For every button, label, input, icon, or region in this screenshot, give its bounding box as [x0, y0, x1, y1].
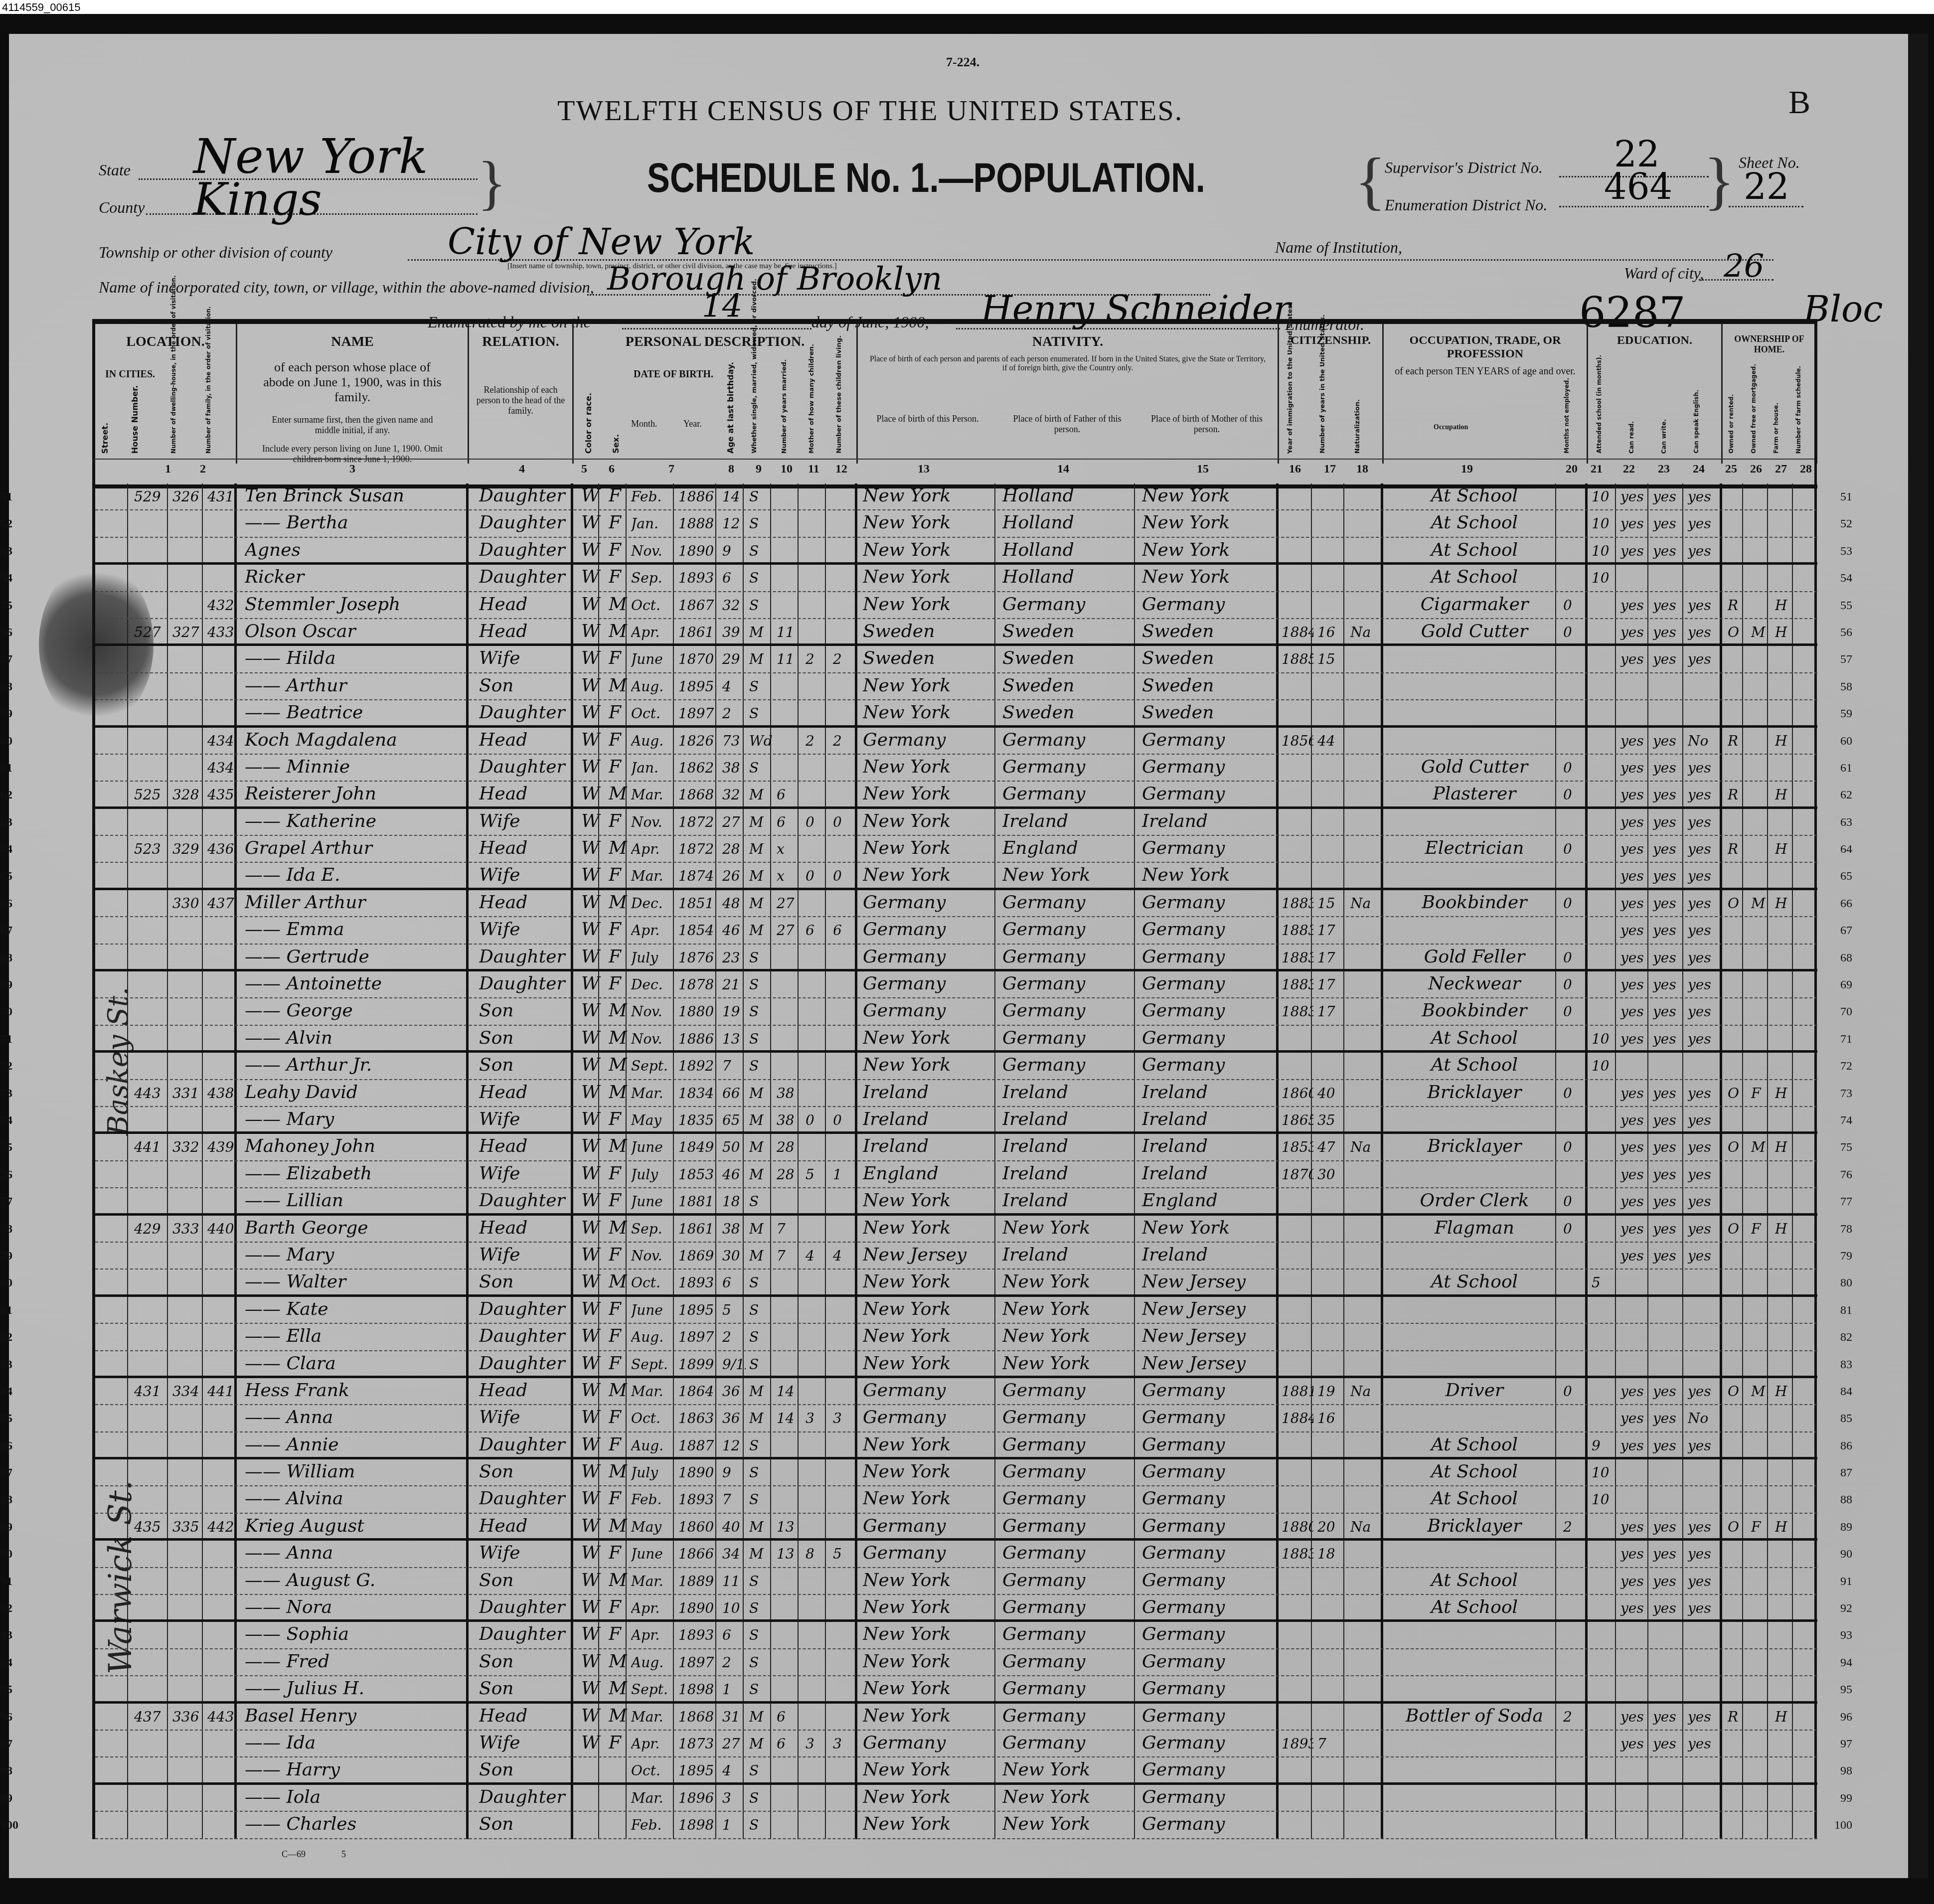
birthplace-mother: New York — [1142, 485, 1278, 506]
attended-school: 10 — [1592, 1464, 1617, 1481]
can-read: yes — [1620, 760, 1649, 776]
line-number-right: 79 — [1840, 1250, 1852, 1263]
months-unemployed: 0 — [1563, 1193, 1587, 1210]
speaks-english: yes — [1688, 787, 1722, 803]
birth-year: 1896 — [678, 1790, 718, 1806]
birthplace-father: Germany — [1002, 1000, 1136, 1021]
birthplace-person: New York — [863, 1271, 996, 1292]
birthplace-mother: Germany — [1142, 1380, 1278, 1401]
sex: M — [609, 1461, 629, 1482]
line-number-left: 98 — [0, 1764, 12, 1778]
can-read: yes — [1620, 841, 1649, 857]
attended-school: 10 — [1592, 488, 1617, 505]
farm-house: H — [1775, 1709, 1794, 1725]
color: W — [581, 947, 601, 967]
sex: M — [609, 621, 629, 641]
age: 12 — [722, 515, 746, 532]
age: 46 — [722, 922, 746, 939]
color: W — [581, 1624, 601, 1644]
birth-year: 1826 — [678, 733, 718, 749]
person-name: —— Ida — [245, 1733, 467, 1753]
sex: M — [609, 892, 629, 913]
birthplace-mother: Germany — [1142, 1733, 1278, 1753]
birthplace-father: Germany — [1002, 973, 1136, 994]
birthplace-father: New York — [1002, 1271, 1136, 1292]
birth-year: 1872 — [678, 814, 718, 830]
color: W — [581, 784, 601, 804]
person-name: —— Mary — [245, 1109, 467, 1129]
free-mortgaged: F — [1751, 1519, 1769, 1535]
birth-month: June — [631, 1193, 676, 1210]
years-in-us: 17 — [1317, 976, 1346, 993]
birth-month: Jan. — [631, 760, 676, 776]
birth-month: Apr. — [631, 1600, 676, 1616]
marital-status: M — [749, 922, 773, 939]
person-name: Hess Frank — [245, 1380, 467, 1401]
person-name: —— August G. — [245, 1570, 467, 1590]
years-married: 6 — [777, 814, 800, 830]
birth-month: June — [631, 1302, 676, 1318]
birthplace-mother: Germany — [1142, 1706, 1278, 1726]
table-row: 64 523 329 436 Grapel Arthur Head W M Ap… — [95, 836, 1817, 863]
occupation: Gold Cutter — [1391, 757, 1558, 777]
table-row: 81 —— Kate Daughter W F June 1895 5 S Ne… — [95, 1297, 1817, 1324]
brace-left: { — [1355, 144, 1386, 218]
age: 36 — [722, 1383, 746, 1400]
birth-month: June — [631, 651, 676, 667]
age: 29 — [722, 651, 746, 667]
sex: F — [609, 1326, 629, 1346]
age: 23 — [722, 950, 746, 966]
years-married: 14 — [777, 1410, 800, 1427]
line-number-left: 72 — [0, 1060, 12, 1073]
speaks-english: yes — [1688, 1031, 1722, 1047]
attended-school: 9 — [1592, 1437, 1617, 1454]
age: 9 — [722, 543, 746, 559]
table-row: 73 443 331 438 Leahy David Head W M Mar.… — [95, 1080, 1817, 1107]
house-number: 435 — [134, 1519, 169, 1535]
family-number: 438 — [207, 1085, 237, 1102]
person-name: —— Bertha — [245, 512, 467, 533]
relation: Head — [479, 1516, 571, 1536]
line-number-left: 55 — [0, 599, 12, 613]
birth-month: Dec. — [631, 976, 676, 993]
line-number-right: 81 — [1840, 1304, 1852, 1317]
years-in-us: 44 — [1317, 733, 1346, 749]
can-write: yes — [1653, 651, 1685, 667]
sex: M — [609, 1028, 629, 1048]
occupation: At School — [1391, 567, 1558, 587]
marital-status: Wd — [749, 733, 773, 749]
birth-month: Mar. — [631, 787, 676, 803]
dwelling-number: 332 — [172, 1139, 204, 1155]
birthplace-person: New York — [863, 1706, 996, 1726]
person-name: —— Gertrude — [245, 947, 467, 967]
table-row: 74 —— Mary Wife W F May 1835 65 M 38 0 0… — [95, 1107, 1817, 1134]
birthplace-mother: New Jersey — [1142, 1271, 1278, 1292]
can-read: yes — [1620, 1139, 1649, 1155]
line-number-left: 91 — [0, 1575, 12, 1588]
family-number: 434 — [207, 733, 237, 749]
birth-year: 1874 — [678, 868, 718, 884]
footer-code: C—69 — [282, 1849, 306, 1860]
sex: F — [609, 1190, 629, 1211]
birthplace-person: England — [863, 1163, 996, 1184]
can-write: yes — [1653, 922, 1685, 939]
can-read: yes — [1620, 597, 1649, 614]
relation: Daughter — [479, 1488, 571, 1509]
children-living: 1 — [833, 1166, 855, 1183]
person-name: Barth George — [245, 1218, 467, 1238]
age: 9/12 — [722, 1356, 746, 1373]
age: 38 — [722, 1221, 746, 1237]
marital-status: M — [749, 1709, 773, 1725]
line-number-right: 98 — [1840, 1764, 1852, 1778]
birth-year: 1862 — [678, 760, 718, 776]
person-name: —— Hilda — [245, 648, 467, 668]
color: W — [581, 1407, 601, 1428]
age: 32 — [722, 787, 746, 803]
farm-house: H — [1775, 1221, 1794, 1237]
naturalization: Na — [1350, 1383, 1383, 1400]
farm-house: H — [1775, 1519, 1794, 1535]
speaks-english: yes — [1688, 624, 1722, 640]
can-write: yes — [1653, 950, 1685, 966]
person-name: —— Anna — [245, 1543, 467, 1563]
age: 31 — [722, 1709, 746, 1725]
table-row: 82 —— Ella Daughter W F Aug. 1897 2 S Ne… — [95, 1324, 1817, 1351]
line-number-right: 97 — [1840, 1738, 1852, 1751]
children-living: 2 — [833, 651, 855, 667]
owned-rented: O — [1728, 1085, 1745, 1102]
color: W — [581, 540, 601, 560]
birthplace-mother: Ireland — [1142, 1109, 1278, 1129]
children-living: 6 — [833, 922, 855, 939]
occupation: Cigarmaker — [1391, 594, 1558, 615]
person-name: Koch Magdalena — [245, 730, 467, 750]
line-number-right: 65 — [1840, 870, 1852, 883]
birthplace-person: Germany — [863, 1516, 996, 1536]
color: W — [581, 1245, 601, 1265]
person-name: —— Minnie — [245, 757, 467, 777]
line-number-right: 54 — [1840, 572, 1852, 585]
owned-rented: R — [1728, 1709, 1745, 1725]
birthplace-person: New York — [863, 1353, 996, 1374]
person-name: —— Katherine — [245, 811, 467, 831]
age: 26 — [722, 868, 746, 884]
dwelling-number: 333 — [172, 1221, 204, 1237]
dwelling-number: 336 — [172, 1709, 204, 1725]
line-number-right: 60 — [1840, 735, 1852, 748]
speaks-english: yes — [1688, 1193, 1722, 1210]
line-number-right: 56 — [1840, 626, 1852, 639]
can-write: yes — [1653, 787, 1685, 803]
family-number: 441 — [207, 1383, 237, 1400]
birthplace-person: Germany — [863, 1380, 996, 1401]
birth-year: 1853 — [678, 1166, 718, 1183]
can-write: yes — [1653, 895, 1685, 912]
birthplace-mother: Germany — [1142, 947, 1278, 967]
years-married: 27 — [777, 922, 800, 939]
birth-year: 1869 — [678, 1248, 718, 1264]
relation: Head — [479, 1706, 571, 1726]
birthplace-person: New York — [863, 485, 996, 506]
line-number-right: 58 — [1840, 680, 1852, 694]
birthplace-mother: Germany — [1142, 1461, 1278, 1482]
birth-month: July — [631, 1166, 676, 1183]
immigration-year: 1865 — [1282, 1112, 1313, 1128]
marital-status: S — [749, 1031, 773, 1047]
years-in-us: 7 — [1317, 1736, 1346, 1752]
header-relation: RELATION. Relationship of each person to… — [469, 324, 574, 464]
years-married: 6 — [777, 1709, 800, 1725]
relation: Wife — [479, 1163, 571, 1184]
sex: M — [609, 594, 629, 615]
person-name: —— Iola — [245, 1787, 467, 1807]
years-married: 13 — [777, 1519, 800, 1535]
speaks-english: yes — [1688, 868, 1722, 884]
marital-status: S — [749, 597, 773, 614]
birthplace-person: New York — [863, 1326, 996, 1346]
birth-month: Mar. — [631, 1085, 676, 1102]
birthplace-father: Ireland — [1002, 1109, 1136, 1129]
birthplace-father: Germany — [1002, 1543, 1136, 1563]
mother-of-children: 5 — [806, 1166, 828, 1183]
birth-month: Mar. — [631, 1383, 676, 1400]
marital-status: S — [749, 1302, 773, 1318]
years-married: 7 — [777, 1221, 800, 1237]
birthplace-person: Germany — [863, 892, 996, 913]
mother-of-children: 0 — [806, 868, 828, 884]
sheet-value: 22 — [1744, 166, 1789, 208]
relation: Wife — [479, 1733, 571, 1753]
birth-year: 1892 — [678, 1058, 718, 1074]
months-unemployed: 0 — [1563, 1003, 1587, 1020]
relation: Son — [479, 1759, 571, 1780]
birthplace-father: New York — [1002, 1759, 1136, 1780]
months-unemployed: 0 — [1563, 1139, 1587, 1155]
sex: F — [609, 1733, 629, 1753]
relation: Daughter — [479, 1326, 571, 1346]
birth-month: Mar. — [631, 868, 676, 884]
birth-month: June — [631, 1546, 676, 1562]
occupation: Neckwear — [1391, 973, 1558, 994]
relation: Head — [479, 784, 571, 804]
marital-status: M — [749, 1383, 773, 1400]
marital-status: S — [749, 488, 773, 505]
sex: F — [609, 1353, 629, 1374]
line-number-left: 87 — [0, 1466, 12, 1480]
line-number-right: 91 — [1840, 1575, 1852, 1588]
table-row: 75 441 332 439 Mahoney John Head W M Jun… — [95, 1134, 1817, 1161]
relation: Head — [479, 1082, 571, 1103]
birthplace-father: Germany — [1002, 757, 1136, 777]
years-married: 38 — [777, 1112, 800, 1128]
header-location: LOCATION. IN CITIES. Street. House Numbe… — [95, 324, 237, 464]
can-write: yes — [1653, 760, 1685, 776]
line-number-left: 79 — [0, 1250, 12, 1263]
line-number-left: 65 — [0, 870, 12, 883]
birthplace-father: Germany — [1002, 947, 1136, 967]
line-number-left: 99 — [0, 1792, 12, 1805]
line-number-left: 76 — [0, 1168, 12, 1182]
marital-status: M — [749, 1519, 773, 1535]
birthplace-person: New York — [863, 1570, 996, 1590]
can-write: yes — [1653, 868, 1685, 884]
can-write: yes — [1653, 976, 1685, 993]
years-in-us: 17 — [1317, 1003, 1346, 1020]
table-row: 72 —— Arthur Jr. Son W M Sept. 1892 7 S … — [95, 1053, 1817, 1080]
birthplace-person: New York — [863, 675, 996, 696]
sex: M — [609, 1218, 629, 1238]
birth-month: Apr. — [631, 624, 676, 640]
line-number-left: 100 — [0, 1819, 18, 1832]
sex: F — [609, 648, 629, 668]
occupation: Driver — [1391, 1380, 1558, 1401]
can-read: yes — [1620, 1546, 1649, 1562]
birth-month: Oct. — [631, 1410, 676, 1427]
sex: F — [609, 1163, 629, 1184]
can-read: yes — [1620, 1519, 1649, 1535]
family-number: 443 — [207, 1709, 237, 1725]
birthplace-person: Germany — [863, 1733, 996, 1753]
table-row: 91 —— August G. Son W M Mar. 1889 11 S N… — [95, 1568, 1817, 1595]
speaks-english: yes — [1688, 1600, 1722, 1616]
sex: F — [609, 1299, 629, 1319]
marital-status: M — [749, 1736, 773, 1752]
owned-rented: R — [1728, 597, 1745, 614]
mother-of-children: 8 — [806, 1546, 828, 1562]
line-number-right: 76 — [1840, 1168, 1852, 1182]
dwelling-number: 327 — [172, 624, 204, 640]
birth-year: 1834 — [678, 1085, 718, 1102]
sex: F — [609, 512, 629, 533]
table-row: 56 527 327 433 Olson Oscar Head W M Apr.… — [95, 619, 1817, 646]
birthplace-father: New York — [1002, 1299, 1136, 1319]
header-nativity: NATIVITY. Place of birth of each person … — [858, 324, 1279, 464]
sex: F — [609, 973, 629, 994]
table-row: 51 529 326 431 Ten Brinck Susan Daughter… — [95, 483, 1817, 510]
birthplace-father: Germany — [1002, 1380, 1136, 1401]
birthplace-father: Sweden — [1002, 675, 1136, 696]
birthplace-father: Germany — [1002, 1488, 1136, 1509]
color: W — [581, 1597, 601, 1617]
can-write: yes — [1653, 1085, 1685, 1102]
table-row: 84 431 334 441 Hess Frank Head W M Mar. … — [95, 1378, 1817, 1405]
can-write: yes — [1653, 1031, 1685, 1047]
can-read: yes — [1620, 868, 1649, 884]
birthplace-mother: New York — [1142, 512, 1278, 533]
table-row: 68 —— Gertrude Daughter W F July 1876 23… — [95, 945, 1817, 971]
age: 10 — [722, 1600, 746, 1616]
birth-month: Oct. — [631, 1762, 676, 1779]
birth-month: Nov. — [631, 1031, 676, 1047]
birth-year: 1898 — [678, 1817, 718, 1833]
years-in-us: 17 — [1317, 950, 1346, 966]
can-write: yes — [1653, 1410, 1685, 1427]
owned-rented: O — [1728, 1519, 1745, 1535]
can-write: yes — [1653, 1709, 1685, 1725]
months-unemployed: 0 — [1563, 1221, 1587, 1237]
table-row: 67 —— Emma Wife W F Apr. 1854 46 M 27 6 … — [95, 917, 1817, 944]
relation: Son — [479, 1000, 571, 1021]
line-number-right: 67 — [1840, 924, 1852, 938]
relation: Daughter — [479, 1434, 571, 1455]
birth-year: 1893 — [678, 1274, 718, 1291]
table-row: 86 —— Annie Daughter W F Aug. 1887 12 S … — [95, 1432, 1817, 1459]
marital-status: S — [749, 976, 773, 993]
birthplace-father: Sweden — [1002, 702, 1136, 723]
line-number-right: 87 — [1840, 1466, 1852, 1480]
house-number: 429 — [134, 1221, 169, 1237]
occupation: Flagman — [1391, 1218, 1558, 1238]
line-number-left: 86 — [0, 1439, 12, 1453]
line-number-right: 85 — [1840, 1412, 1852, 1426]
immigration-year: 1883 — [1282, 976, 1313, 993]
relation: Daughter — [479, 947, 571, 967]
birth-month: Oct. — [631, 705, 676, 722]
line-number-left: 90 — [0, 1548, 12, 1561]
age: 65 — [722, 1112, 746, 1128]
birth-month: Feb. — [631, 488, 676, 505]
sex: F — [609, 865, 629, 885]
naturalization: Na — [1350, 624, 1383, 640]
months-unemployed: 2 — [1563, 1709, 1587, 1725]
table-row: 98 —— Harry Son Oct. 1895 4 S New York N… — [95, 1757, 1817, 1784]
family-number: 436 — [207, 841, 237, 857]
birthplace-mother: Germany — [1142, 973, 1278, 994]
relation: Head — [479, 838, 571, 858]
birthplace-person: New York — [863, 1028, 996, 1048]
color: W — [581, 1109, 601, 1129]
header-personal: PERSONAL DESCRIPTION. Color or race. Sex… — [574, 324, 858, 464]
person-name: —— Mary — [245, 1245, 467, 1265]
dwelling-number: 330 — [172, 895, 204, 912]
naturalization: Na — [1350, 895, 1383, 912]
table-row: 93 —— Sophia Daughter W F Apr. 1893 6 S … — [95, 1622, 1817, 1649]
children-living: 3 — [833, 1736, 855, 1752]
table-row: 63 —— Katherine Wife W F Nov. 1872 27 M … — [95, 809, 1817, 836]
table-row: 85 —— Anna Wife W F Oct. 1863 36 M 14 3 … — [95, 1405, 1817, 1432]
birth-year: 1849 — [678, 1139, 718, 1155]
age: 50 — [722, 1139, 746, 1155]
table-row: 77 —— Lillian Daughter W F June 1881 18 … — [95, 1188, 1817, 1215]
occupation: Gold Cutter — [1391, 621, 1558, 641]
farm-house: H — [1775, 624, 1794, 640]
years-married: 27 — [777, 895, 800, 912]
age: 19 — [722, 1003, 746, 1020]
family-number: 431 — [207, 488, 237, 505]
birth-month: Sep. — [631, 570, 676, 586]
free-mortgaged: F — [1751, 1085, 1769, 1102]
marital-status: S — [749, 1681, 773, 1698]
line-number-right: 66 — [1840, 897, 1852, 911]
sex: M — [609, 1380, 629, 1401]
family-number: 440 — [207, 1221, 237, 1237]
birthplace-person: New York — [863, 1814, 996, 1834]
children-living: 0 — [833, 1112, 855, 1128]
birth-month: May — [631, 1112, 676, 1128]
person-name: —— Annie — [245, 1434, 467, 1455]
table-row: 89 435 335 442 Krieg August Head W M May… — [95, 1514, 1817, 1541]
township-value: City of New York — [448, 221, 755, 263]
age: 5 — [722, 1302, 746, 1318]
birthplace-person: Sweden — [863, 648, 996, 668]
birth-year: 1876 — [678, 950, 718, 966]
sex: M — [609, 1706, 629, 1726]
birthplace-father: Germany — [1002, 1733, 1136, 1753]
can-write: yes — [1653, 733, 1685, 749]
